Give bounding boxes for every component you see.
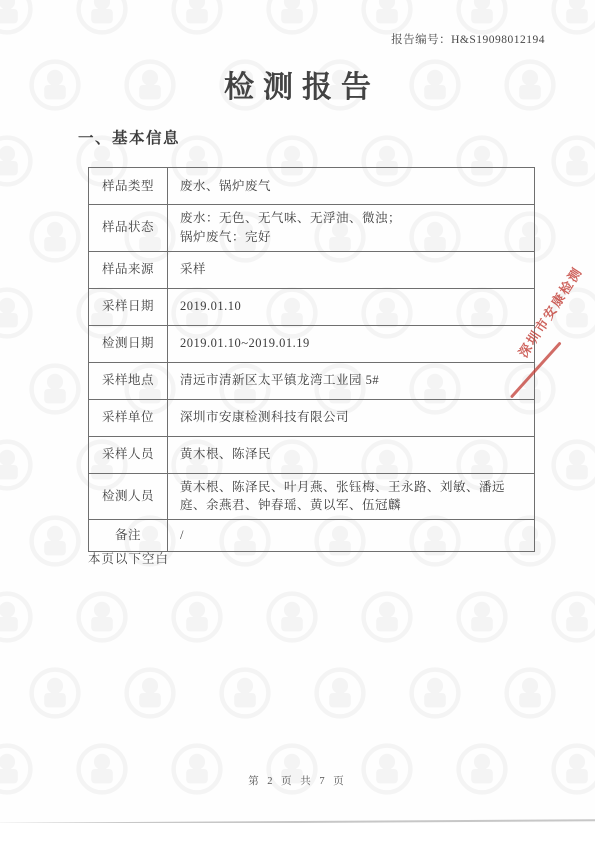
report-number: 报告编号：H&S19098012194 <box>391 31 545 47</box>
scan-background <box>0 823 595 841</box>
logo-watermark <box>0 134 34 188</box>
row-value: 黄木根、陈泽民、叶月燕、张钰梅、王永路、刘敏、潘远庭、余燕君、钟春瑶、黄以军、伍… <box>168 473 535 520</box>
row-value: 清远市清新区太平镇龙湾工业园 5# <box>168 362 535 399</box>
row-value: / <box>168 520 535 552</box>
table-row: 样品类型 废水、锅炉废气 <box>89 168 535 205</box>
blank-below-note: 本页以下空白 <box>88 549 169 567</box>
logo-watermark <box>550 0 595 36</box>
logo-watermark <box>123 666 177 720</box>
table-row: 采样单位 深圳市安康检测科技有限公司 <box>89 399 535 436</box>
logo-watermark <box>0 286 34 340</box>
logo-watermark <box>28 514 82 568</box>
row-value: 黄木根、陈泽民 <box>168 436 535 473</box>
row-label: 样品状态 <box>89 205 168 252</box>
row-value: 2019.01.10 <box>168 288 535 325</box>
logo-watermark <box>265 0 319 36</box>
table-row: 检测人员 黄木根、陈泽民、叶月燕、张钰梅、王永路、刘敏、潘远庭、余燕君、钟春瑶、… <box>89 473 535 520</box>
scanned-report-page: 报告编号：H&S19098012194 检测报告 一、基本信息 样品类型 废水、… <box>0 0 595 841</box>
logo-watermark <box>408 666 462 720</box>
row-label: 备注 <box>89 520 168 552</box>
document-title: 检测报告 <box>0 62 595 106</box>
table-row: 备注 / <box>89 520 535 552</box>
logo-watermark <box>170 0 224 36</box>
logo-watermark <box>550 134 595 188</box>
logo-watermark <box>28 210 82 264</box>
logo-watermark <box>360 590 414 644</box>
row-value: 2019.01.10~2019.01.19 <box>168 325 535 362</box>
row-label: 采样日期 <box>89 288 168 325</box>
logo-watermark <box>218 666 272 720</box>
logo-watermark <box>503 666 557 720</box>
logo-watermark <box>0 438 34 492</box>
row-label: 检测日期 <box>89 325 168 362</box>
basic-info-table: 样品类型 废水、锅炉废气 样品状态 废水：无色、无气味、无浮油、微浊； 锅炉废气… <box>88 167 535 552</box>
row-value: 采样 <box>168 251 535 288</box>
logo-watermark <box>28 362 82 416</box>
row-value: 深圳市安康检测科技有限公司 <box>168 399 535 436</box>
logo-watermark <box>550 286 595 340</box>
table-row: 采样地点 清远市清新区太平镇龙湾工业园 5# <box>89 362 535 399</box>
row-value: 废水：无色、无气味、无浮油、微浊； 锅炉废气：完好 <box>168 205 535 252</box>
logo-watermark <box>550 438 595 492</box>
logo-watermark <box>313 666 367 720</box>
table-row: 样品状态 废水：无色、无气味、无浮油、微浊； 锅炉废气：完好 <box>89 205 535 252</box>
table-row: 检测日期 2019.01.10~2019.01.19 <box>89 325 535 362</box>
row-label: 检测人员 <box>89 473 168 520</box>
table-row: 采样日期 2019.01.10 <box>89 288 535 325</box>
table-row: 样品来源 采样 <box>89 251 535 288</box>
logo-watermark <box>75 0 129 36</box>
logo-watermark <box>265 590 319 644</box>
logo-watermark <box>75 590 129 644</box>
page-number: 第 2 页 共 7 页 <box>0 773 595 788</box>
row-label: 样品来源 <box>89 251 168 288</box>
row-label: 采样地点 <box>89 362 168 399</box>
logo-watermark <box>170 590 224 644</box>
row-value: 废水、锅炉废气 <box>168 168 535 205</box>
logo-watermark <box>0 0 34 36</box>
section-title-basic-info: 一、基本信息 <box>78 126 180 148</box>
logo-watermark <box>455 590 509 644</box>
logo-watermark <box>0 590 34 644</box>
table-row: 采样人员 黄木根、陈泽民 <box>89 436 535 473</box>
logo-watermark <box>550 590 595 644</box>
row-label: 样品类型 <box>89 168 168 205</box>
row-label: 采样人员 <box>89 436 168 473</box>
logo-watermark <box>28 666 82 720</box>
row-label: 采样单位 <box>89 399 168 436</box>
